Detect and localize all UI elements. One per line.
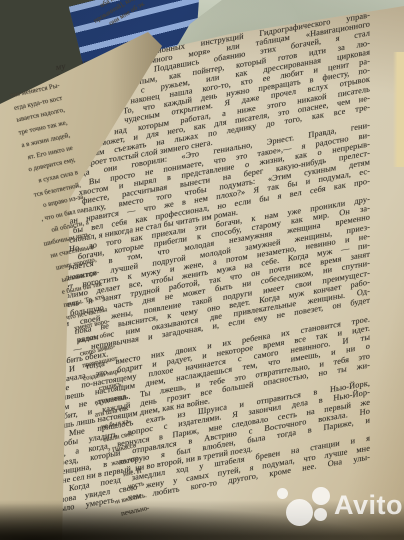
avito-logo-icon (277, 488, 288, 499)
book-photo: му изданию навигационных инструкций Гидр… (0, 0, 404, 540)
avito-logo-icon (286, 499, 313, 526)
watermark-label: Avito (334, 489, 403, 521)
avito-logo-icon (312, 487, 330, 505)
avito-logo-icon (314, 508, 327, 521)
avito-watermark: Avito (276, 482, 404, 528)
page-fore-edge (393, 52, 404, 167)
